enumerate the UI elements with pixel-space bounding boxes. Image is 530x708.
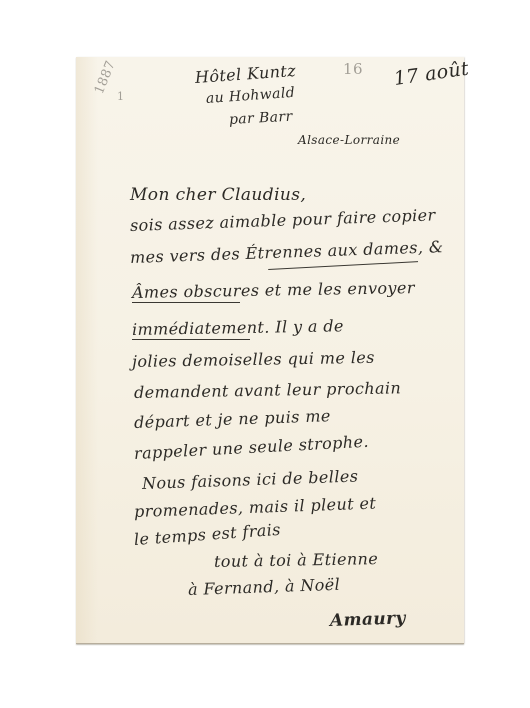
address-line-4: Alsace-Lorraine bbox=[298, 133, 400, 147]
address-line-3: par Barr bbox=[229, 109, 293, 128]
pencil-page-number: 16 bbox=[343, 60, 363, 78]
ames-underline bbox=[132, 293, 240, 303]
signature: Amaury bbox=[330, 608, 406, 631]
pencil-year-sub: 1 bbox=[117, 90, 124, 103]
closing-line-1: tout à toi à Etienne bbox=[214, 549, 378, 571]
immediatement-underline bbox=[132, 330, 250, 340]
salutation: Mon cher Claudius, bbox=[130, 185, 306, 205]
